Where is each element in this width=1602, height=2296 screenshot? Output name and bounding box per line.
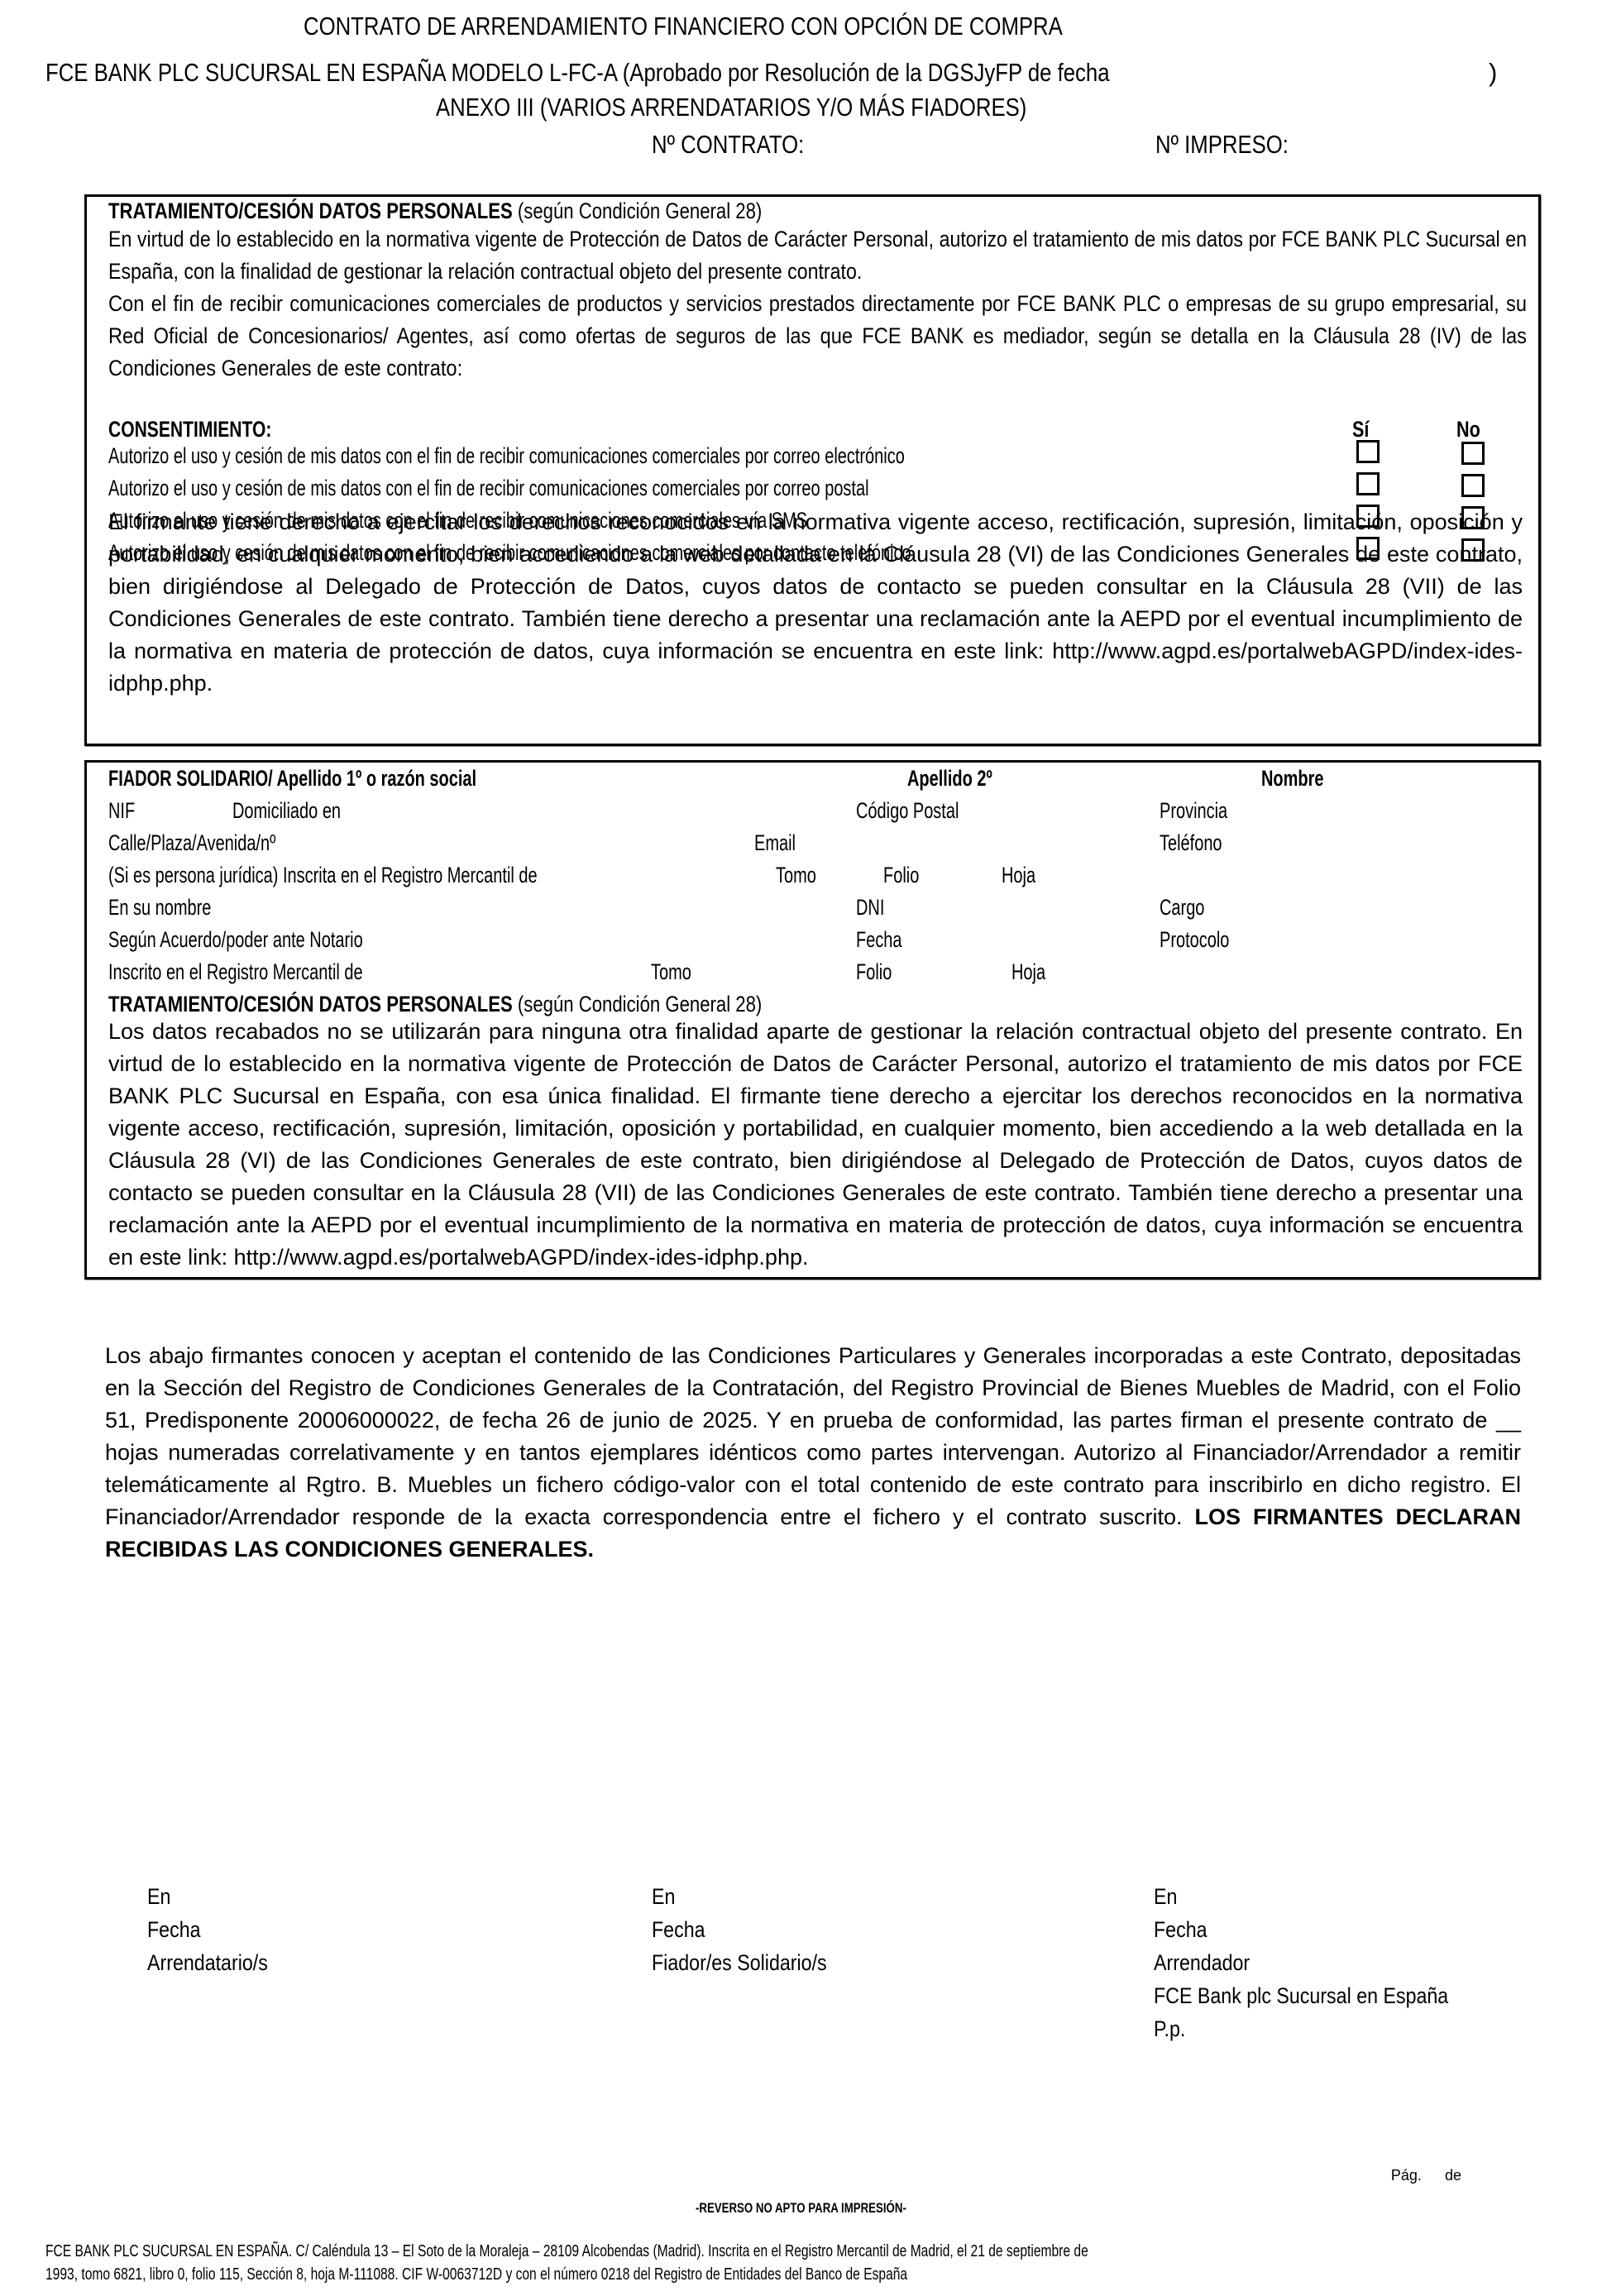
on-behalf-text: En su nombre bbox=[108, 893, 211, 921]
guarantor-surname1-text: FIADOR SOLIDARIO/ Apellido 1º o razón so… bbox=[108, 764, 476, 792]
guarantor-processing-paragraph-text: Los datos recabados no se utilizarán par… bbox=[108, 1019, 1523, 1270]
data-processing-section: TRATAMIENTO/CESIÓN DATOS PERSONALES (seg… bbox=[84, 194, 1541, 746]
postal-code-text: Código Postal bbox=[856, 796, 959, 825]
data-processing-heading: TRATAMIENTO/CESIÓN DATOS PERSONALES (seg… bbox=[108, 197, 906, 225]
rights-paragraph-text: El firmante tiene derecho a ejercitar lo… bbox=[108, 509, 1523, 696]
consent-no-checkbox[interactable] bbox=[1461, 442, 1485, 465]
province-text: Provincia bbox=[1160, 796, 1227, 825]
signature-pp: P.p. bbox=[1154, 2012, 1496, 2045]
annex-title: ANEXO III (VARIOS ARRENDATARIOS Y/O MÁS … bbox=[436, 93, 1148, 122]
company-footer: FCE BANK PLC SUCURSAL EN ESPAÑA. C/ Calé… bbox=[45, 2240, 1567, 2286]
hoja-text-2: Hoja bbox=[1011, 958, 1045, 986]
consent-yes-header-text: Sí bbox=[1352, 415, 1369, 443]
protocol-label: Protocolo bbox=[1160, 926, 1254, 954]
signature-en: En bbox=[652, 1880, 855, 1913]
domicile-text: Domiciliado en bbox=[232, 796, 341, 825]
signature-en: En bbox=[1154, 1880, 1496, 1913]
position-label: Cargo bbox=[1160, 893, 1221, 921]
signature-role: Fiador/es Solidario/s bbox=[652, 1946, 855, 1979]
guarantor-processing-heading: TRATAMIENTO/CESIÓN DATOS PERSONALES (seg… bbox=[108, 990, 906, 1018]
signature-company: FCE Bank plc Sucursal en España bbox=[1154, 1979, 1496, 2012]
model-line-close: ) bbox=[1489, 58, 1497, 88]
folio-text-1: Folio bbox=[883, 861, 919, 889]
tomo-text-2: Tomo bbox=[651, 958, 691, 986]
acceptance-paragraph: Los abajo firmantes conocen y aceptan el… bbox=[105, 1340, 1521, 1566]
dni-label: DNI bbox=[856, 893, 895, 921]
postal-code-label: Código Postal bbox=[856, 796, 995, 825]
contract-number-label: Nº CONTRATO: bbox=[652, 130, 835, 160]
guarantor-surname1-label: FIADOR SOLIDARIO/ Apellido 1º o razón so… bbox=[108, 764, 605, 792]
guarantor-name-label: Nombre bbox=[1261, 764, 1346, 792]
province-label: Provincia bbox=[1160, 796, 1251, 825]
registered-in-label: Inscrito en el Registro Mercantil de bbox=[108, 958, 452, 986]
folio-text-2: Folio bbox=[856, 958, 892, 986]
signature-fecha: Fecha bbox=[652, 1913, 855, 1946]
footer-line-2: 1993, tomo 6821, libro 0, folio 115, Sec… bbox=[45, 2263, 907, 2286]
legal-entity-registry-label: (Si es persona jurídica) Inscrita en el … bbox=[108, 861, 688, 889]
phone-text: Teléfono bbox=[1160, 829, 1222, 857]
signature-role: Arrendador bbox=[1154, 1946, 1496, 1979]
signature-en: En bbox=[147, 1880, 288, 1913]
nif-text: NIF bbox=[108, 796, 135, 825]
position-text: Cargo bbox=[1160, 893, 1204, 921]
signature-role: Arrendatario/s bbox=[147, 1946, 288, 1979]
heading-bold: TRATAMIENTO/CESIÓN DATOS PERSONALES bbox=[108, 199, 513, 223]
notary-agreement-text: Según Acuerdo/poder ante Notario bbox=[108, 926, 363, 954]
street-text: Calle/Plaza/Avenida/nº bbox=[108, 829, 275, 857]
email-label: Email bbox=[754, 829, 811, 857]
consent-yes-checkbox[interactable] bbox=[1356, 472, 1380, 495]
guarantor-surname2-label: Apellido 2º bbox=[907, 764, 1022, 792]
consent-row-label: Autorizo el uso y cesión de mis datos co… bbox=[108, 442, 1184, 470]
street-label: Calle/Plaza/Avenida/nº bbox=[108, 829, 335, 857]
tomo-label-2: Tomo bbox=[651, 958, 705, 986]
consent-label-text: CONSENTIMIENTO: bbox=[108, 415, 271, 443]
print-number-text: Nº IMPRESO: bbox=[1155, 130, 1289, 160]
consent-no-header: No bbox=[1456, 415, 1486, 443]
hoja-label-2: Hoja bbox=[1011, 958, 1058, 986]
contract-number-text: Nº CONTRATO: bbox=[652, 130, 804, 160]
consent-no-header-text: No bbox=[1456, 415, 1480, 443]
heading-normal: (según Condición General 28) bbox=[513, 199, 763, 223]
signature-block: EnFechaArrendadorFCE Bank plc Sucursal e… bbox=[1154, 1880, 1496, 2045]
legal-entity-registry-text: (Si es persona jurídica) Inscrita en el … bbox=[108, 861, 538, 889]
acceptance-text: Los abajo firmantes conocen y aceptan el… bbox=[105, 1343, 1521, 1529]
email-text: Email bbox=[754, 829, 796, 857]
consent-row-label: Autorizo el uso y cesión de mis datos co… bbox=[108, 474, 1136, 502]
processing-paragraph-1-text: En virtud de lo establecido en la normat… bbox=[108, 223, 1527, 288]
tomo-text-1: Tomo bbox=[776, 861, 816, 889]
processing-paragraph-2: Con el fin de recibir comunicaciones com… bbox=[108, 288, 1523, 385]
footer-line-1: FCE BANK PLC SUCURSAL EN ESPAÑA. C/ Calé… bbox=[45, 2240, 1088, 2263]
notary-agreement-label: Según Acuerdo/poder ante Notario bbox=[108, 926, 452, 954]
consent-yes-checkbox[interactable] bbox=[1356, 440, 1380, 463]
model-line: FCE BANK PLC SUCURSAL EN ESPAÑA MODELO L… bbox=[45, 58, 1327, 88]
phone-label: Teléfono bbox=[1160, 829, 1244, 857]
date-label: Fecha bbox=[856, 926, 918, 954]
signature-block: EnFechaFiador/es Solidario/s bbox=[652, 1880, 855, 1979]
reverse-notice: -REVERSO NO APTO PARA IMPRESIÓN- bbox=[0, 2200, 1602, 2217]
guarantor-name-text: Nombre bbox=[1261, 764, 1323, 792]
heading-bold: TRATAMIENTO/CESIÓN DATOS PERSONALES bbox=[108, 992, 513, 1016]
registered-in-text: Inscrito en el Registro Mercantil de bbox=[108, 958, 363, 986]
document-title: CONTRATO DE ARRENDAMIENTO FINANCIERO CON… bbox=[304, 12, 1218, 41]
processing-paragraph-2-text: Con el fin de recibir comunicaciones com… bbox=[108, 288, 1527, 385]
print-number-label: Nº IMPRESO: bbox=[1155, 130, 1316, 160]
date-text: Fecha bbox=[856, 926, 902, 954]
annex-title-text: ANEXO III (VARIOS ARRENDATARIOS Y/O MÁS … bbox=[436, 93, 1026, 122]
consent-label: CONSENTIMIENTO: bbox=[108, 415, 318, 443]
reverse-notice-text: -REVERSO NO APTO PARA IMPRESIÓN- bbox=[696, 2200, 906, 2217]
dni-text: DNI bbox=[856, 893, 884, 921]
signature-fecha: Fecha bbox=[1154, 1913, 1496, 1946]
signature-fecha: Fecha bbox=[147, 1913, 288, 1946]
consent-row-text: Autorizo el uso y cesión de mis datos co… bbox=[108, 474, 869, 502]
page-label: Pág. bbox=[1391, 2167, 1422, 2184]
guarantor-processing-paragraph: Los datos recabados no se utilizarán par… bbox=[108, 1016, 1523, 1274]
page-of-label: de bbox=[1445, 2167, 1461, 2184]
consent-row-text: Autorizo el uso y cesión de mis datos co… bbox=[108, 442, 905, 470]
nif-label: NIF bbox=[108, 796, 145, 825]
page-indicator: Pág. de bbox=[1391, 2167, 1461, 2184]
hoja-text-1: Hoja bbox=[1002, 861, 1035, 889]
consent-yes-header: Sí bbox=[1352, 415, 1374, 443]
document-title-text: CONTRATO DE ARRENDAMIENTO FINANCIERO CON… bbox=[304, 12, 1063, 41]
signature-block: EnFechaArrendatario/s bbox=[147, 1880, 288, 1979]
model-line-text: FCE BANK PLC SUCURSAL EN ESPAÑA MODELO L… bbox=[45, 58, 1110, 88]
guarantor-surname2-text: Apellido 2º bbox=[907, 764, 992, 792]
tomo-label-1: Tomo bbox=[776, 861, 830, 889]
processing-paragraph-1: En virtud de lo establecido en la normat… bbox=[108, 223, 1527, 288]
heading-normal: (según Condición General 28) bbox=[513, 992, 763, 1016]
folio-label-1: Folio bbox=[883, 861, 932, 889]
folio-label-2: Folio bbox=[856, 958, 905, 986]
guarantor-section: FIADOR SOLIDARIO/ Apellido 1º o razón so… bbox=[84, 760, 1541, 1280]
on-behalf-label: En su nombre bbox=[108, 893, 247, 921]
rights-paragraph: El firmante tiene derecho a ejercitar lo… bbox=[108, 506, 1523, 700]
domicile-label: Domiciliado en bbox=[232, 796, 379, 825]
hoja-label-1: Hoja bbox=[1002, 861, 1048, 889]
protocol-text: Protocolo bbox=[1160, 926, 1229, 954]
consent-no-checkbox[interactable] bbox=[1461, 474, 1485, 497]
